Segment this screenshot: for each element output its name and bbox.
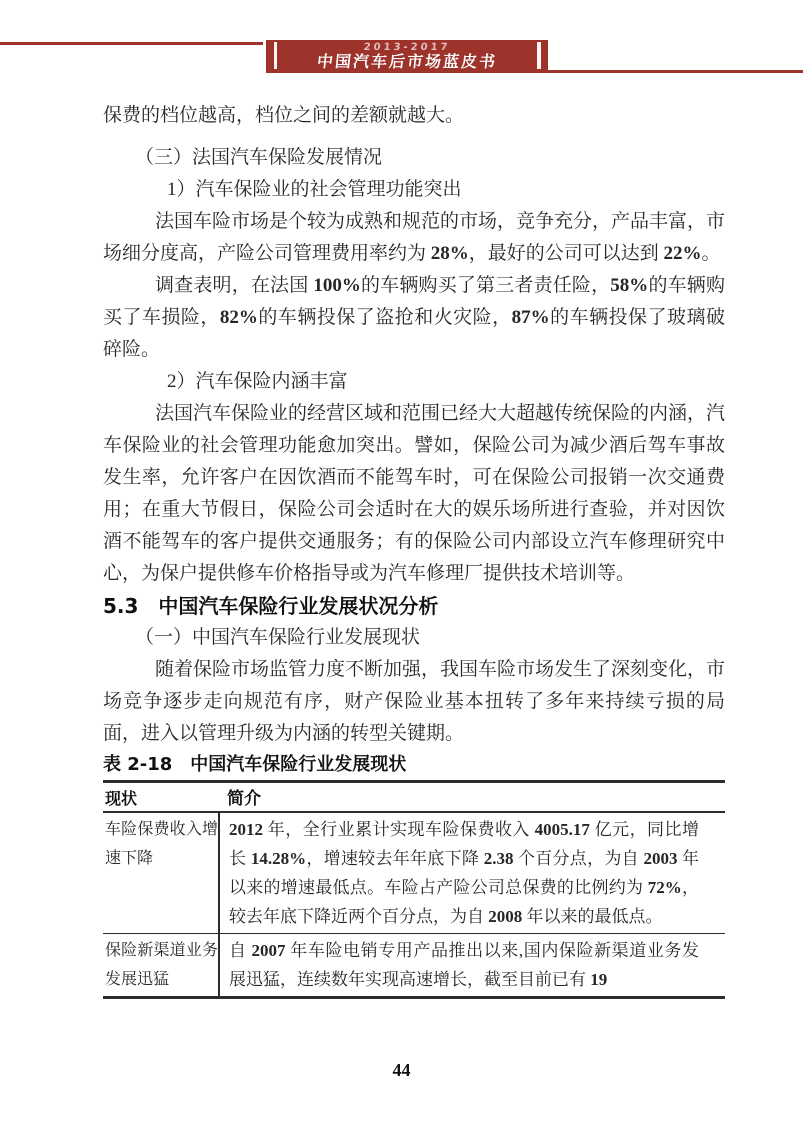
page-content: 保费的档位越高，档位之间的差额就越大。 （三）法国汽车保险发展情况 1）汽车保险… — [103, 100, 725, 999]
table-row: 保险新渠道业务发展迅猛 自 2007 年车险电销专用产品推出以来,国内保险新渠道… — [103, 933, 725, 996]
table-caption: 表 2-18 中国汽车保险行业发展现状 — [103, 750, 725, 780]
table-row: 车险保费收入增速下降 2012 年，全行业累计实现车险保费收入 4005.17 … — [103, 813, 725, 933]
paragraph-survey: 调查表明，在法国 100%的车辆购买了第三者责任险，58%的车辆购买了车损险，8… — [103, 270, 725, 366]
paragraph-china-status: 随着保险市场监管力度不断加强，我国车险市场发生了深刻变化，市场竞争逐步走向规范有… — [103, 654, 725, 750]
table-cell-status: 保险新渠道业务发展迅猛 — [103, 934, 220, 996]
table-cell-detail: 2012 年，全行业累计实现车险保费收入 4005.17 亿元，同比增长 14.… — [220, 813, 725, 933]
table-col-header-status: 现状 — [103, 783, 218, 811]
list-heading-1: 1）汽车保险业的社会管理功能突出 — [103, 174, 725, 206]
table-cell-status: 车险保费收入增速下降 — [103, 813, 220, 933]
header-banner: 2013-2017 中国汽车后市场蓝皮书 — [266, 40, 548, 73]
paragraph-france-market: 法国车险市场是个较为成熟和规范的市场，竞争充分，产品丰富，市场细分度高，产险公司… — [103, 206, 725, 270]
section-heading-three: （三）法国汽车保险发展情况 — [103, 142, 725, 174]
carryover-paragraph: 保费的档位越高，档位之间的差额就越大。 — [103, 100, 725, 132]
table-cell-detail: 自 2007 年车险电销专用产品推出以来,国内保险新渠道业务发展迅猛，连续数年实… — [220, 934, 725, 996]
table-col-header-intro: 简介 — [218, 783, 725, 811]
subsection-heading-one: （一）中国汽车保险行业发展现状 — [103, 622, 725, 654]
book-page: 2013-2017 中国汽车后市场蓝皮书 保费的档位越高，档位之间的差额就越大。… — [0, 0, 803, 1134]
table-header-row: 现状 简介 — [103, 783, 725, 813]
page-number: 44 — [0, 1060, 803, 1081]
status-table: 现状 简介 车险保费收入增速下降 2012 年，全行业累计实现车险保费收入 40… — [103, 780, 725, 999]
paragraph-insurance-connotation: 法国汽车保险业的经营区域和范围已经大大超越传统保险的内涵，汽车保险业的社会管理功… — [103, 398, 725, 590]
header-rule-right — [547, 70, 803, 73]
list-heading-2: 2）汽车保险内涵丰富 — [103, 366, 725, 398]
header-book-title: 中国汽车后市场蓝皮书 — [265, 53, 549, 71]
section-heading-5-3: 5.3 中国汽车保险行业发展状况分析 — [103, 590, 725, 622]
header-rule-left — [0, 42, 263, 45]
